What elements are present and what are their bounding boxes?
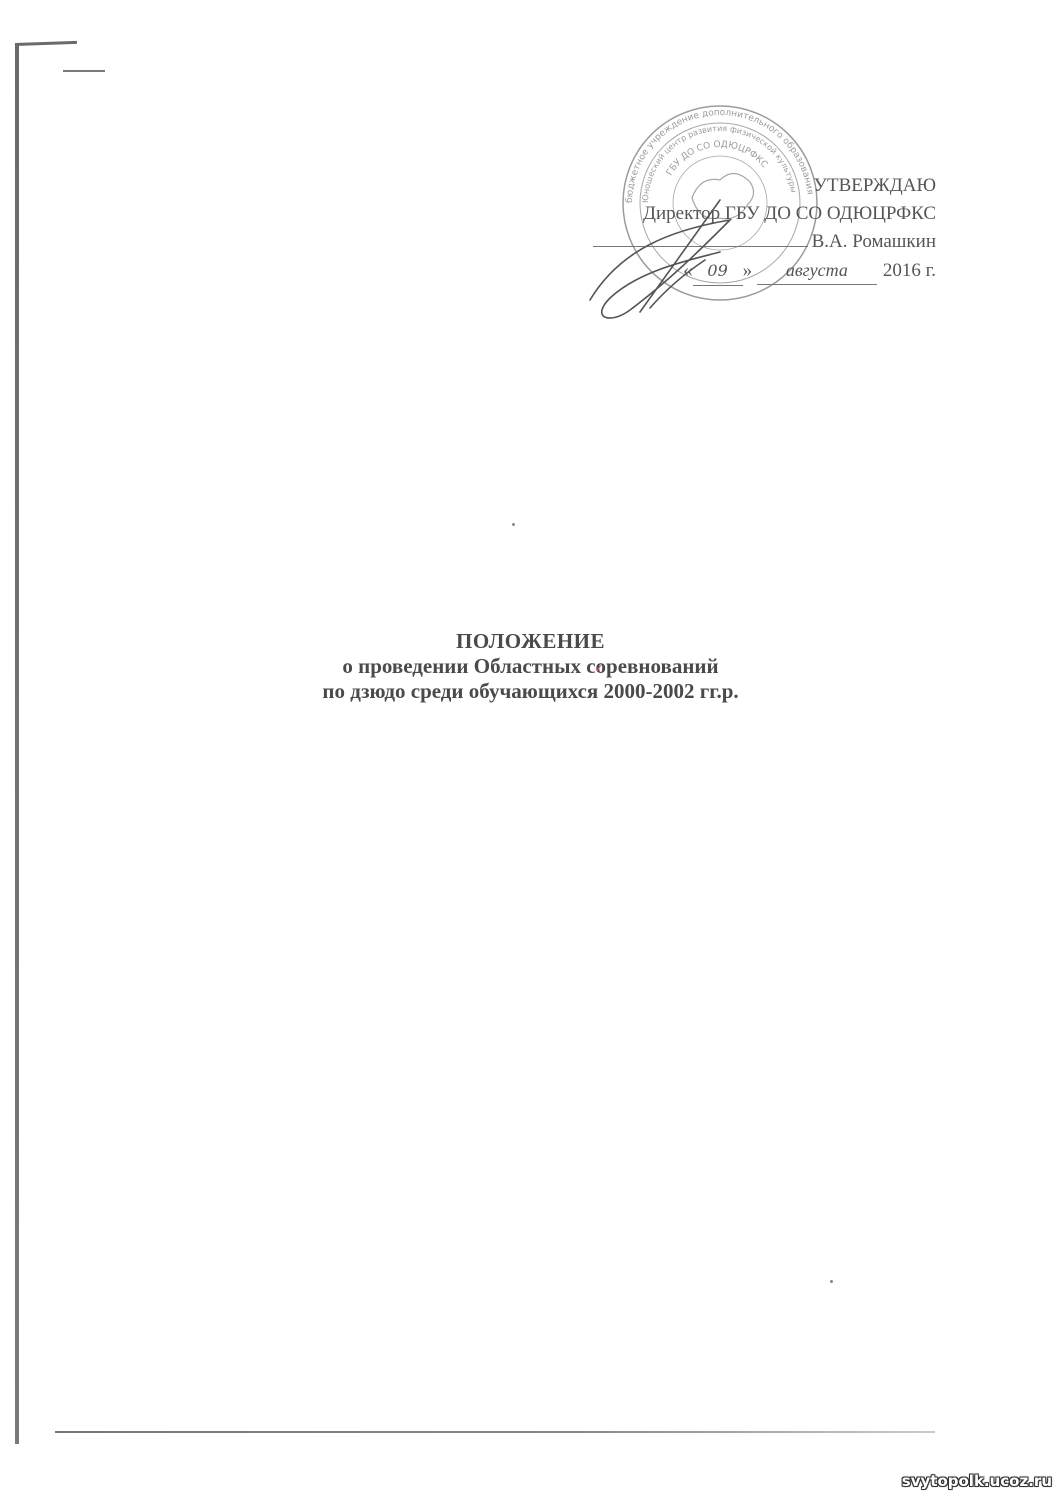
- scan-mark-dash: [63, 70, 105, 72]
- correction-mark-icon: ✓: [594, 661, 604, 675]
- scan-speck: [512, 523, 515, 526]
- site-watermark: svytopolk.ucoz.ru: [902, 1472, 1052, 1490]
- scan-edge-top: [15, 41, 77, 46]
- document-title-block: ПОЛОЖЕНИЕ о проведении Областных соревно…: [0, 628, 1061, 704]
- handwritten-signature-icon: [580, 190, 760, 330]
- date-month: августа: [757, 256, 877, 285]
- scan-edge-left: [15, 44, 19, 1444]
- document-subtitle-line-2: по дзюдо среди обучающихся 2000-2002 гг.…: [0, 679, 1061, 704]
- document-title: ПОЛОЖЕНИЕ: [0, 628, 1061, 654]
- approval-signatory: В.А. Ромашкин: [812, 231, 936, 252]
- document-subtitle-line-1: о проведении Областных соревнований: [0, 654, 1061, 679]
- scan-speck: [830, 1280, 833, 1283]
- scan-edge-bottom: [55, 1431, 935, 1433]
- date-year: 2016 г.: [883, 260, 936, 281]
- scanned-document-page: бюджетное учреждение дополнительного обр…: [0, 0, 1061, 1500]
